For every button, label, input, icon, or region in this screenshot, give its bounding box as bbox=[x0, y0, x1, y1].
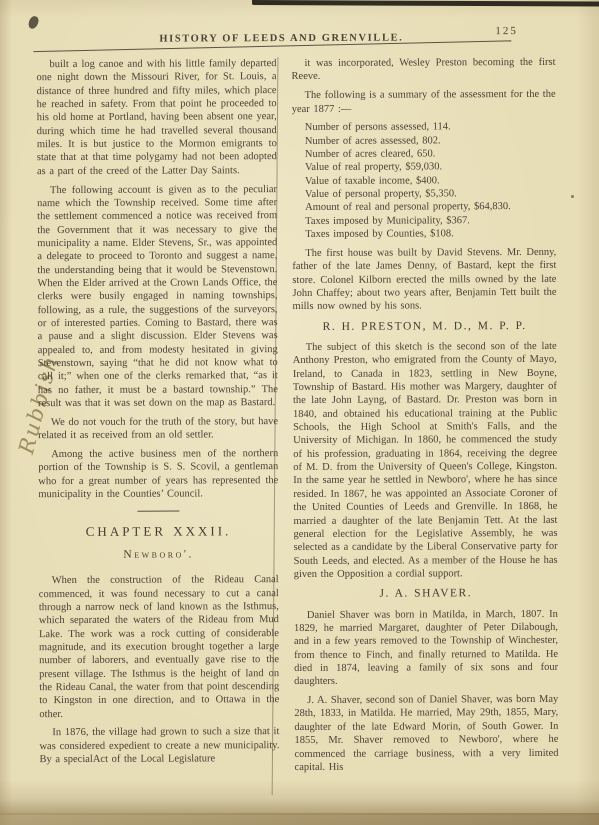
paragraph: The following account is given as to the… bbox=[37, 183, 278, 411]
assessment-item: Number of acres cleared, 650. bbox=[292, 147, 556, 161]
paragraph: Daniel Shaver was born in Matilda, in Ma… bbox=[294, 607, 558, 688]
assessment-item: Amount of real and personal property, $6… bbox=[292, 200, 556, 214]
paragraph: Among the active business men of the nor… bbox=[38, 447, 278, 501]
paragraph: built a log canoe and with his little fa… bbox=[36, 57, 277, 178]
chapter-subtitle: Newboro'. bbox=[39, 548, 279, 562]
section-heading-preston: R. H. PRESTON, M. D., M. P. P. bbox=[293, 320, 557, 334]
assessment-item: Taxes imposed by Municipality, $367. bbox=[292, 214, 556, 228]
paragraph: The first house was built by David Steve… bbox=[292, 246, 556, 314]
assessment-item: Number of persons assessed, 114. bbox=[292, 120, 556, 134]
assessment-summary-list: Number of persons assessed, 114. Number … bbox=[292, 120, 557, 241]
right-column: it was incorporated, Wesley Preston beco… bbox=[291, 56, 558, 774]
page-content: HISTORY OF LEEDS AND GRENVILLE. 125 Rubb… bbox=[0, 0, 599, 825]
paragraph: When the construction of the Rideau Cana… bbox=[39, 573, 280, 721]
paragraph: The following is a summary of the assess… bbox=[292, 88, 556, 116]
paragraph: We do not vouch for the truth of the sto… bbox=[38, 415, 278, 443]
page-number: 125 bbox=[495, 25, 518, 37]
assessment-item: Taxes imposed by Counties, $108. bbox=[292, 227, 556, 241]
paragraph: J. A. Shaver, second son of Daniel Shave… bbox=[294, 693, 558, 774]
section-heading-shaver: J. A. SHAVER. bbox=[294, 587, 558, 601]
assessment-item: Value of real property, $59,030. bbox=[292, 160, 556, 174]
assessment-item: Value of personal property, $5,350. bbox=[292, 187, 556, 201]
assessment-item: Value of taxable income, $400. bbox=[292, 174, 556, 188]
assessment-item: Number of acres assessed, 802. bbox=[292, 134, 556, 148]
section-divider bbox=[137, 510, 179, 511]
paragraph: it was incorporated, Wesley Preston beco… bbox=[291, 56, 555, 84]
paragraph: The subject of this sketch is the second… bbox=[293, 340, 558, 581]
chapter-title: CHAPTER XXXII. bbox=[38, 524, 278, 538]
paragraph: In 1876, the village had grown to such a… bbox=[39, 726, 279, 767]
left-column: built a log canoe and with his little fa… bbox=[36, 57, 279, 767]
